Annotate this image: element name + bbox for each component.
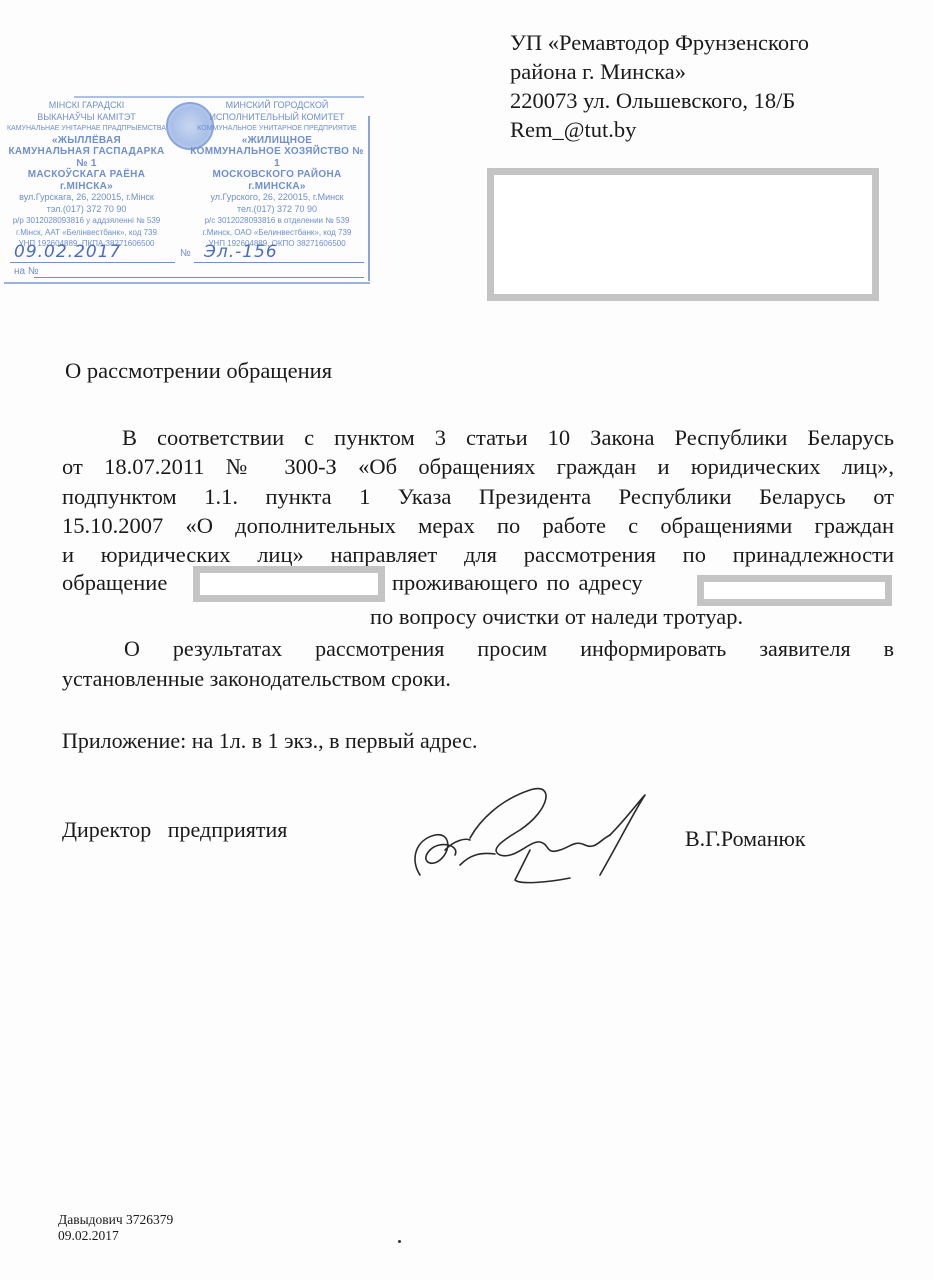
stamp-border-right bbox=[368, 116, 370, 281]
paragraph-line: В соответствии с пунктом 3 статьи 10 Зак… bbox=[62, 423, 894, 452]
stamp-number-handwritten: Эл.-156 bbox=[204, 242, 278, 262]
addressee-line: УП «Ремавтодор Фрунзенского bbox=[510, 28, 809, 57]
addressee-email: Rem_@tut.by bbox=[510, 115, 809, 144]
executor-name-phone: Давыдович 3726379 bbox=[58, 1212, 173, 1228]
director-title: Директор предприятия bbox=[62, 817, 287, 843]
redacted-applicant-address bbox=[697, 575, 892, 606]
redacted-applicant-name bbox=[193, 566, 385, 602]
registration-stamp: МІНСКІ ГАРАДСКІ ВЫКАНАЎЧЫ КАМІТЭТ КАМУНА… bbox=[4, 96, 370, 284]
applicant-label: обращение bbox=[62, 570, 167, 596]
stamp-number-line bbox=[194, 262, 364, 263]
scan-speck bbox=[398, 1240, 401, 1243]
redacted-recipient bbox=[487, 168, 879, 301]
annex-note: Приложение: на 1л. в 1 экз., в первый ад… bbox=[62, 728, 478, 754]
stamp-ref-label: на № bbox=[14, 266, 39, 277]
paragraph-request: О результатах рассмотрения просим информ… bbox=[62, 634, 894, 694]
paragraph-line: О результатах рассмотрения просим информ… bbox=[62, 634, 894, 664]
stamp-date-line bbox=[10, 262, 175, 263]
executor-info: Давыдович 3726379 09.02.2017 bbox=[58, 1212, 173, 1244]
stamp-date-handwritten: 09.02.2017 bbox=[14, 242, 121, 262]
paragraph-main: В соответствии с пунктом 3 статьи 10 Зак… bbox=[62, 423, 894, 569]
stamp-belarusian-text: МІНСКІ ГАРАДСКІ ВЫКАНАЎЧЫ КАМІТЭТ КАМУНА… bbox=[4, 100, 169, 250]
paragraph-line: 15.10.2007 «О дополнительных мерах по ра… bbox=[62, 511, 894, 540]
signer-name: В.Г.Романюк bbox=[685, 826, 806, 852]
addressee-block: УП «Ремавтодор Фрунзенского района г. Ми… bbox=[510, 28, 809, 144]
stamp-russian-text: МИНСКИЙ ГОРОДСКОЙ ИСПОЛНИТЕЛЬНЫЙ КОМИТЕТ… bbox=[186, 100, 368, 250]
letter-subject: О рассмотрении обращения bbox=[65, 358, 332, 384]
addressee-line: района г. Минска» bbox=[510, 57, 809, 86]
paragraph-line: установленные законодательством сроки. bbox=[62, 664, 894, 694]
paragraph-line: и юридических лиц» направляет для рассмо… bbox=[62, 540, 894, 569]
issue-description: по вопросу очистки от наледи тротуар. bbox=[370, 604, 743, 630]
address-label: проживающего по адресу bbox=[392, 570, 643, 596]
executor-date: 09.02.2017 bbox=[58, 1228, 173, 1244]
stamp-border-top bbox=[74, 96, 364, 98]
signature-icon bbox=[400, 780, 660, 890]
paragraph-line: от 18.07.2011 № 300-З «Об обращениях гра… bbox=[62, 452, 894, 481]
stamp-number-prefix: № bbox=[180, 248, 191, 259]
paragraph-line: подпунктом 1.1. пункта 1 Указа Президент… bbox=[62, 482, 894, 511]
stamp-border-bottom bbox=[4, 282, 370, 284]
stamp-ref-line bbox=[34, 277, 364, 278]
addressee-line: 220073 ул. Ольшевского, 18/Б bbox=[510, 86, 809, 115]
